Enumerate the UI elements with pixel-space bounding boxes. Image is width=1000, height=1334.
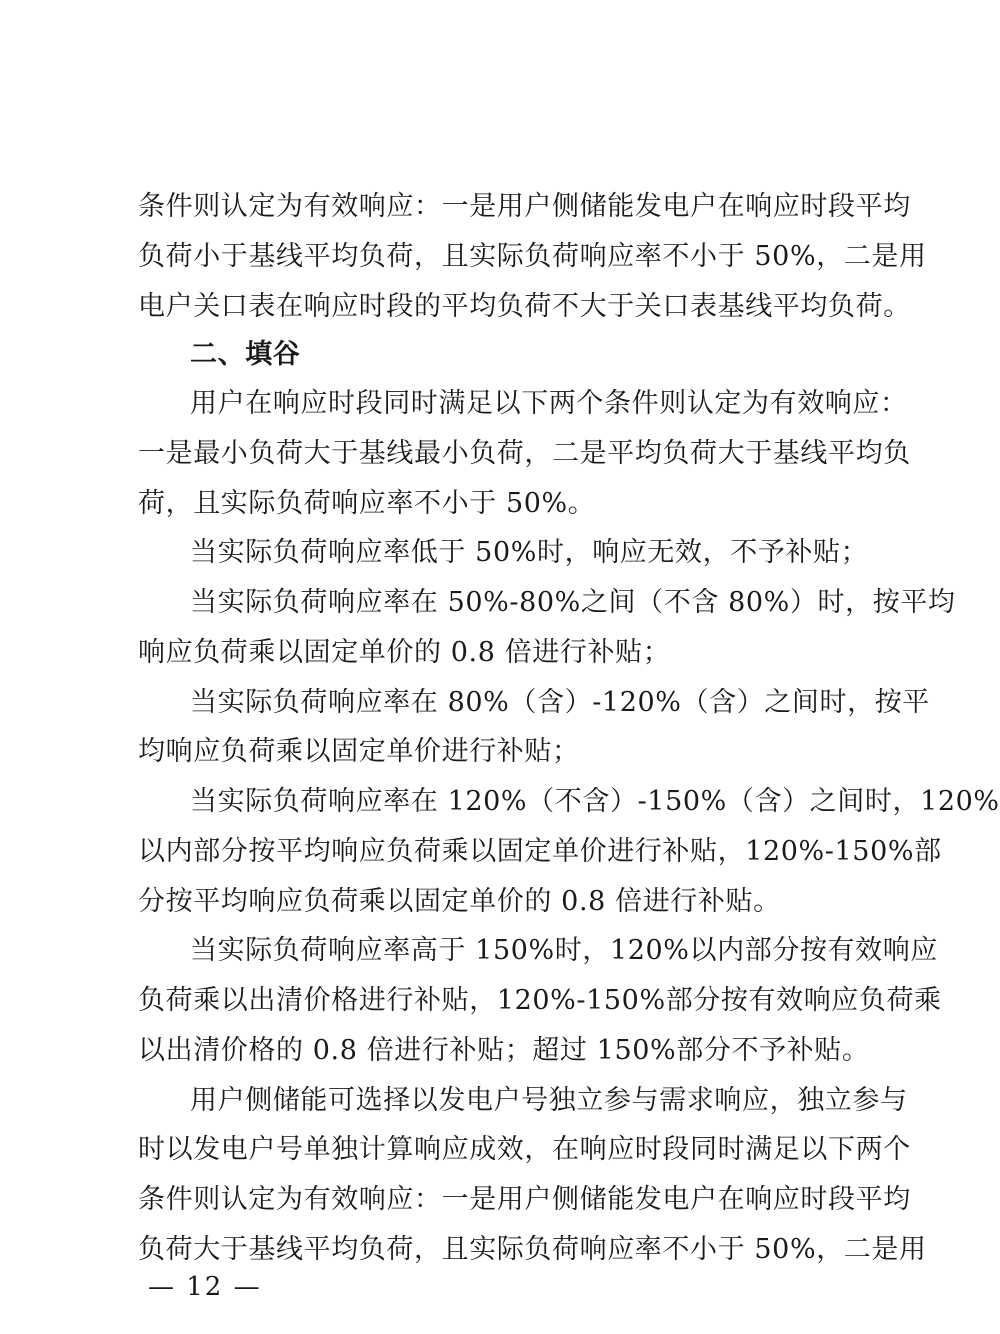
paragraph-line: 负荷大于基线平均负荷，且实际负荷响应率不小于 50%，二是用 — [138, 1230, 878, 1270]
paragraph-line: 负荷小于基线平均负荷，且实际负荷响应率不小于 50%，二是用 — [138, 237, 878, 277]
paragraph-line: 响应负荷乘以固定单价的 0.8 倍进行补贴； — [138, 633, 878, 673]
paragraph-line: 条件则认定为有效响应：一是用户侧储能发电户在响应时段平均 — [138, 187, 878, 227]
paragraph-line: 用户侧储能可选择以发电户号独立参与需求响应，独立参与 — [190, 1081, 878, 1121]
paragraph-line: 当实际负荷响应率在 120%（不含）-150%（含）之间时，120% — [190, 782, 878, 822]
paragraph-line: 一是最小负荷大于基线最小负荷，二是平均负荷大于基线平均负 — [138, 434, 878, 474]
page-number: — 12 — — [148, 1270, 262, 1304]
paragraph-line: 分按平均响应负荷乘以固定单价的 0.8 倍进行补贴。 — [138, 882, 878, 922]
section-heading: 二、填谷 — [190, 335, 300, 375]
paragraph-line: 当实际负荷响应率低于 50%时，响应无效，不予补贴； — [190, 533, 878, 573]
paragraph-line: 以出清价格的 0.8 倍进行补贴；超过 150%部分不予补贴。 — [138, 1031, 878, 1071]
paragraph-line: 负荷乘以出清价格进行补贴，120%-150%部分按有效响应负荷乘 — [138, 981, 878, 1021]
paragraph-line: 以内部分按平均响应负荷乘以固定单价进行补贴，120%-150%部 — [138, 832, 878, 872]
document-page: 条件则认定为有效响应：一是用户侧储能发电户在响应时段平均 负荷小于基线平均负荷，… — [0, 0, 1000, 1334]
paragraph-line: 当实际负荷响应率高于 150%时，120%以内部分按有效响应 — [190, 931, 878, 971]
paragraph-line: 时以发电户号单独计算响应成效，在响应时段同时满足以下两个 — [138, 1130, 878, 1170]
paragraph-line: 均响应负荷乘以固定单价进行补贴； — [138, 732, 878, 772]
paragraph-line: 用户在响应时段同时满足以下两个条件则认定为有效响应： — [190, 384, 878, 424]
paragraph-line: 当实际负荷响应率在 80%（含）-120%（含）之间时，按平 — [190, 683, 878, 723]
paragraph-line: 荷，且实际负荷响应率不小于 50%。 — [138, 484, 878, 524]
paragraph-line: 电户关口表在响应时段的平均负荷不大于关口表基线平均负荷。 — [138, 287, 878, 327]
paragraph-line: 条件则认定为有效响应：一是用户侧储能发电户在响应时段平均 — [138, 1180, 878, 1220]
paragraph-line: 当实际负荷响应率在 50%-80%之间（不含 80%）时，按平均 — [190, 583, 878, 623]
